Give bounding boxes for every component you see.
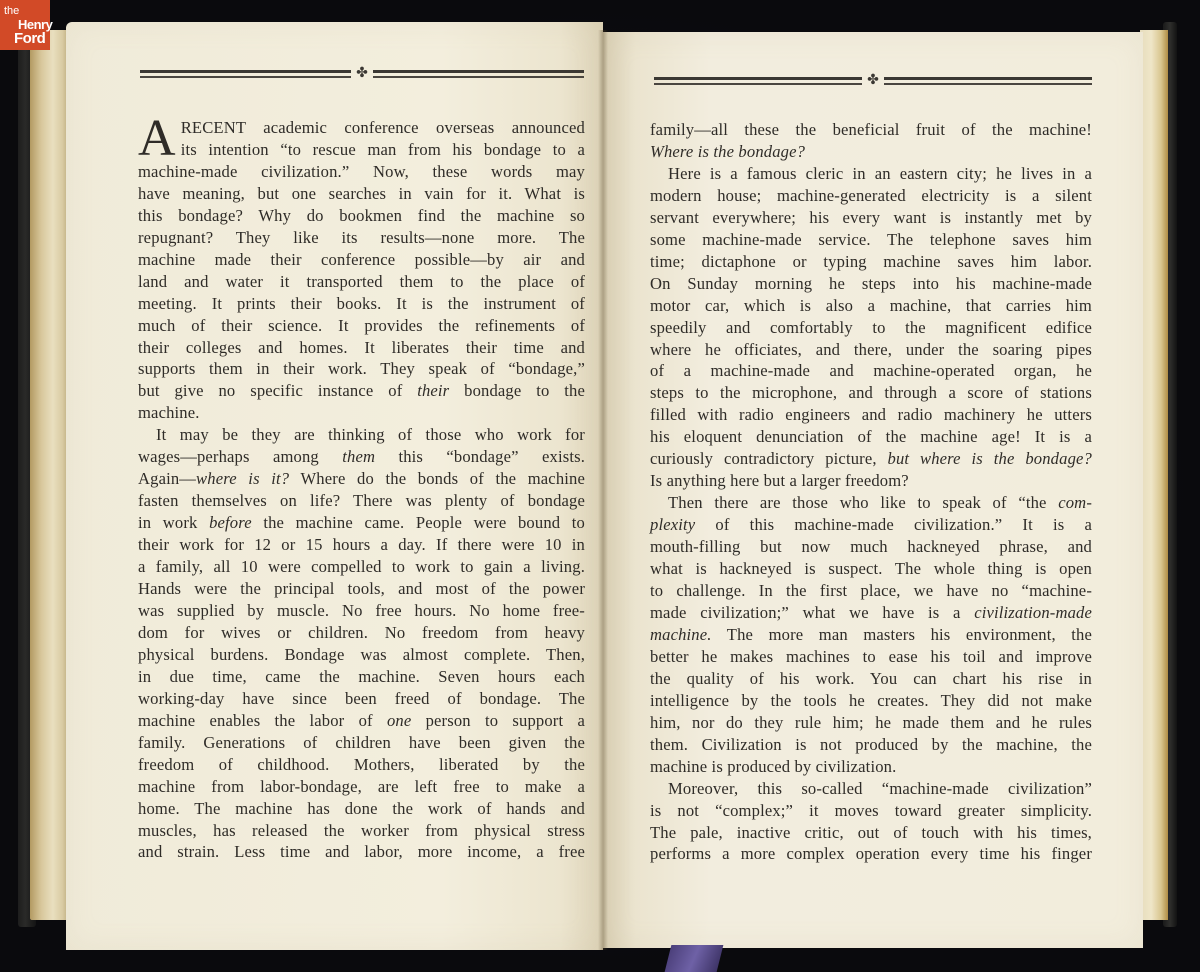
text-segment: better he makes machines to ease his toi… bbox=[650, 647, 1092, 666]
text-segment: him, nor do they rule him; he made them … bbox=[650, 713, 1092, 732]
italic-text: their bbox=[417, 381, 449, 400]
text-segment: this bondage? Why do bookmen find the ma… bbox=[138, 206, 585, 225]
text-line: home. The machine has done the work of h… bbox=[138, 798, 585, 820]
text-segment: family—all these the beneficial fruit of… bbox=[650, 120, 1092, 139]
text-line: It may be they are thinking of those who… bbox=[138, 424, 585, 446]
text-segment: dom for wives or children. No freedom fr… bbox=[138, 623, 585, 642]
text-segment: the machine came. People were bound to bbox=[252, 513, 585, 532]
text-line: On Sunday morning he steps into his mach… bbox=[650, 273, 1092, 295]
text-line: Moreover, this so-called “machine-made c… bbox=[650, 778, 1092, 800]
italic-text: before bbox=[209, 513, 252, 532]
text-segment: and strain. Less time and labor, more in… bbox=[138, 842, 585, 861]
text-line: Again—where is it? Where do the bonds of… bbox=[138, 468, 585, 490]
text-line: mouth-filling but now much hackneyed phr… bbox=[650, 536, 1092, 558]
text-segment: the quality of his work. You can chart h… bbox=[650, 669, 1092, 688]
text-line: what is hackneyed is suspect. The whole … bbox=[650, 558, 1092, 580]
page-stack-right bbox=[1140, 30, 1168, 920]
text-segment: filled with radio engineers and radio ma… bbox=[650, 405, 1092, 424]
left-page-header-ornament: ✤ bbox=[140, 67, 584, 81]
text-line: working-day have since been freed of bon… bbox=[138, 688, 585, 710]
text-line: modern house; machine-generated electric… bbox=[650, 185, 1092, 207]
text-segment: machine is produced by civilization. bbox=[650, 757, 896, 776]
text-line: in work before the machine came. People … bbox=[138, 512, 585, 534]
right-page-lines: family—all these the beneficial fruit of… bbox=[650, 119, 1092, 865]
logo-line-the: the bbox=[4, 6, 19, 17]
text-line: was supplied by muscle. No free hours. N… bbox=[138, 600, 585, 622]
text-line: Hands were the principal tools, and most… bbox=[138, 578, 585, 600]
book-gutter bbox=[598, 30, 608, 950]
text-line: but give no specific instance of their b… bbox=[138, 380, 585, 402]
text-line: some machine-made service. The telephone… bbox=[650, 229, 1092, 251]
text-line: where he officiates, and there, under th… bbox=[650, 339, 1092, 361]
text-line: machine made their conference possible—b… bbox=[138, 249, 585, 271]
text-segment: machine-made civilization.” Now, these w… bbox=[138, 162, 585, 181]
right-page-body-text: family—all these the beneficial fruit of… bbox=[650, 119, 1092, 865]
text-line: them. Civilization is not produced by th… bbox=[650, 734, 1092, 756]
text-segment: Again— bbox=[138, 469, 196, 488]
text-line: family. Generations of children have bee… bbox=[138, 732, 585, 754]
text-line: freedom of childhood. Mothers, liberated… bbox=[138, 754, 585, 776]
italic-text: machine. bbox=[650, 625, 712, 644]
text-line: physical burdens. Bondage was almost com… bbox=[138, 644, 585, 666]
left-page-body-text: A RECENT academic conference overseas an… bbox=[138, 117, 585, 863]
text-line: plexity of this machine-made civilizatio… bbox=[650, 514, 1092, 536]
text-segment: RECENT academic conference overseas anno… bbox=[181, 118, 585, 137]
text-line: wages—perhaps among them this “bondage” … bbox=[138, 446, 585, 468]
text-segment: Here is a famous cleric in an eastern ci… bbox=[668, 164, 1092, 183]
text-segment: bondage to the bbox=[449, 381, 585, 400]
text-line: filled with radio engineers and radio ma… bbox=[650, 404, 1092, 426]
text-line: Where is the bondage? bbox=[650, 141, 1092, 163]
text-segment: motor car, which is also a machine, that… bbox=[650, 296, 1092, 315]
text-line: machine is produced by civilization. bbox=[650, 756, 1092, 778]
text-line: machine-made civilization.” Now, these w… bbox=[138, 161, 585, 183]
text-segment: machine. bbox=[138, 403, 200, 422]
text-segment: working-day have since been freed of bon… bbox=[138, 689, 585, 708]
text-line: machine. bbox=[138, 402, 585, 424]
italic-text: civilization-made bbox=[974, 603, 1092, 622]
text-segment: much of their science. It provides the r… bbox=[138, 316, 585, 335]
text-line: this bondage? Why do bookmen find the ma… bbox=[138, 205, 585, 227]
text-segment: their colleges and homes. It liberates t… bbox=[138, 338, 585, 357]
italic-text: but where is the bondage? bbox=[888, 449, 1092, 468]
text-segment: home. The machine has done the work of h… bbox=[138, 799, 585, 818]
text-segment: wages—perhaps among bbox=[138, 447, 342, 466]
text-segment: On Sunday morning he steps into his mach… bbox=[650, 274, 1092, 293]
text-line: intelligence by the tools he creates. Th… bbox=[650, 690, 1092, 712]
text-segment: land and water it transported them to th… bbox=[138, 272, 585, 291]
text-segment: modern house; machine-generated electric… bbox=[650, 186, 1092, 205]
text-line: machine. The more man masters his enviro… bbox=[650, 624, 1092, 646]
text-segment: a family, all 10 were compelled to work … bbox=[138, 557, 585, 576]
text-line: fasten themselves on life? There was ple… bbox=[138, 490, 585, 512]
text-line: Is anything here but a larger freedom? bbox=[650, 470, 1092, 492]
italic-text: plexity bbox=[650, 515, 695, 534]
text-line: their colleges and homes. It liberates t… bbox=[138, 337, 585, 359]
right-page-header-ornament: ✤ bbox=[654, 74, 1092, 88]
text-line: in due time, came the machine. Seven hou… bbox=[138, 666, 585, 688]
text-segment: performs a more complex operation every … bbox=[650, 844, 1092, 863]
fleuron-icon: ✤ bbox=[351, 67, 373, 81]
text-segment: freedom of childhood. Mothers, liberated… bbox=[138, 755, 585, 774]
text-line: speedily and comfortably to the magnific… bbox=[650, 317, 1092, 339]
text-segment: time; dictaphone or typing machine saves… bbox=[650, 252, 1092, 271]
text-segment: machine enables the labor of bbox=[138, 711, 387, 730]
text-segment: but give no specific instance of bbox=[138, 381, 417, 400]
text-line: its intention “to rescue man from his bo… bbox=[138, 139, 585, 161]
text-segment: Hands were the principal tools, and most… bbox=[138, 579, 585, 598]
text-line: much of their science. It provides the r… bbox=[138, 315, 585, 337]
page-stack-left bbox=[30, 30, 68, 920]
text-line: Then there are those who like to speak o… bbox=[650, 492, 1092, 514]
text-line: of a machine-made and machine-operated o… bbox=[650, 360, 1092, 382]
text-line: his eloquent denunciation of the machine… bbox=[650, 426, 1092, 448]
text-segment: in due time, came the machine. Seven hou… bbox=[138, 667, 585, 686]
text-segment: in work bbox=[138, 513, 209, 532]
text-line: muscles, has released the worker from ph… bbox=[138, 820, 585, 842]
text-segment: physical burdens. Bondage was almost com… bbox=[138, 645, 585, 664]
ornament-rule bbox=[140, 70, 351, 78]
text-segment: to challenge. In the first place, we hav… bbox=[650, 581, 1092, 600]
ornament-rule bbox=[884, 77, 1092, 85]
text-segment: of a machine-made and machine-operated o… bbox=[650, 361, 1092, 380]
text-segment: steps to the microphone, and through a s… bbox=[650, 383, 1092, 402]
text-segment: fasten themselves on life? There was ple… bbox=[138, 491, 585, 510]
text-segment: his eloquent denunciation of the machine… bbox=[650, 427, 1092, 446]
text-line: him, nor do they rule him; he made them … bbox=[650, 712, 1092, 734]
text-segment: Is anything here but a larger freedom? bbox=[650, 471, 909, 490]
text-segment: was supplied by muscle. No free hours. N… bbox=[138, 601, 585, 620]
text-segment: speedily and comfortably to the magnific… bbox=[650, 318, 1092, 337]
fleuron-icon: ✤ bbox=[862, 74, 884, 88]
text-segment: of this machine-made civilization.” It i… bbox=[695, 515, 1092, 534]
text-line: their work for 12 or 15 hours a day. If … bbox=[138, 534, 585, 556]
text-segment: their work for 12 or 15 hours a day. If … bbox=[138, 535, 585, 554]
text-segment: have meaning, but one searches in vain f… bbox=[138, 184, 585, 203]
text-segment: machine made their conference possible—b… bbox=[138, 250, 585, 269]
text-line: to challenge. In the first place, we hav… bbox=[650, 580, 1092, 602]
text-line: supports them in their work. They speak … bbox=[138, 358, 585, 380]
text-line: have meaning, but one searches in vain f… bbox=[138, 183, 585, 205]
text-line: meeting. It prints their books. It is th… bbox=[138, 293, 585, 315]
text-segment: muscles, has released the worker from ph… bbox=[138, 821, 585, 840]
text-segment: person to support a bbox=[411, 711, 585, 730]
text-line: family—all these the beneficial fruit of… bbox=[650, 119, 1092, 141]
text-segment: Where do the bonds of the machine bbox=[289, 469, 585, 488]
text-segment: this “bondage” exists. bbox=[375, 447, 585, 466]
text-line: is not “complex;” it moves toward greate… bbox=[650, 800, 1092, 822]
italic-text: Where is the bondage? bbox=[650, 142, 805, 161]
left-page-lines: RECENT academic conference overseas anno… bbox=[138, 117, 585, 863]
text-segment: The pale, inactive critic, out of touch … bbox=[650, 823, 1092, 842]
text-segment: meeting. It prints their books. It is th… bbox=[138, 294, 585, 313]
italic-text: one bbox=[387, 711, 411, 730]
ornament-rule bbox=[373, 70, 584, 78]
text-segment: where he officiates, and there, under th… bbox=[650, 340, 1092, 359]
text-segment: some machine-made service. The telephone… bbox=[650, 230, 1092, 249]
text-segment: curiously contradictory picture, bbox=[650, 449, 888, 468]
text-segment: is not “complex;” it moves toward greate… bbox=[650, 801, 1092, 820]
text-line: the quality of his work. You can chart h… bbox=[650, 668, 1092, 690]
text-line: dom for wives or children. No freedom fr… bbox=[138, 622, 585, 644]
text-segment: intelligence by the tools he creates. Th… bbox=[650, 691, 1092, 710]
text-line: The pale, inactive critic, out of touch … bbox=[650, 822, 1092, 844]
italic-text: where is it? bbox=[196, 469, 289, 488]
text-line: performs a more complex operation every … bbox=[650, 843, 1092, 865]
text-segment: machine from labor-bondage, are left fre… bbox=[138, 777, 585, 796]
text-line: machine enables the labor of one person … bbox=[138, 710, 585, 732]
text-line: machine from labor-bondage, are left fre… bbox=[138, 776, 585, 798]
text-line: made civilization;” what we have is a ci… bbox=[650, 602, 1092, 624]
text-segment: It may be they are thinking of those who… bbox=[156, 425, 585, 444]
text-line: land and water it transported them to th… bbox=[138, 271, 585, 293]
italic-text: them bbox=[342, 447, 375, 466]
text-line: time; dictaphone or typing machine saves… bbox=[650, 251, 1092, 273]
text-line: curiously contradictory picture, but whe… bbox=[650, 448, 1092, 470]
text-line: a family, all 10 were compelled to work … bbox=[138, 556, 585, 578]
text-line: steps to the microphone, and through a s… bbox=[650, 382, 1092, 404]
text-line: and strain. Less time and labor, more in… bbox=[138, 841, 585, 863]
text-segment: Moreover, this so-called “machine-made c… bbox=[668, 779, 1092, 798]
text-line: servant everywhere; his every want is in… bbox=[650, 207, 1092, 229]
text-segment: what is hackneyed is suspect. The whole … bbox=[650, 559, 1092, 578]
italic-text: com- bbox=[1058, 493, 1092, 512]
text-segment: family. Generations of children have bee… bbox=[138, 733, 585, 752]
text-segment: servant everywhere; his every want is in… bbox=[650, 208, 1092, 227]
text-segment: Then there are those who like to speak o… bbox=[668, 493, 1058, 512]
text-line: Here is a famous cleric in an eastern ci… bbox=[650, 163, 1092, 185]
text-segment: repugnant? They like its results—none mo… bbox=[138, 228, 585, 247]
text-line: repugnant? They like its results—none mo… bbox=[138, 227, 585, 249]
text-segment: The more man masters his environment, th… bbox=[712, 625, 1092, 644]
drop-cap: A bbox=[138, 119, 176, 159]
text-segment: them. Civilization is not produced by th… bbox=[650, 735, 1092, 754]
text-line: better he makes machines to ease his toi… bbox=[650, 646, 1092, 668]
henry-ford-logo: the Henry Ford bbox=[0, 0, 50, 50]
text-line: RECENT academic conference overseas anno… bbox=[138, 117, 585, 139]
logo-line-ford: Ford bbox=[14, 31, 45, 46]
text-line: motor car, which is also a machine, that… bbox=[650, 295, 1092, 317]
bookmark-ribbon bbox=[665, 945, 724, 972]
text-segment: its intention “to rescue man from his bo… bbox=[181, 140, 585, 159]
text-segment: made civilization;” what we have is a bbox=[650, 603, 974, 622]
text-segment: supports them in their work. They speak … bbox=[138, 359, 585, 378]
text-segment: mouth-filling but now much hackneyed phr… bbox=[650, 537, 1092, 556]
ornament-rule bbox=[654, 77, 862, 85]
